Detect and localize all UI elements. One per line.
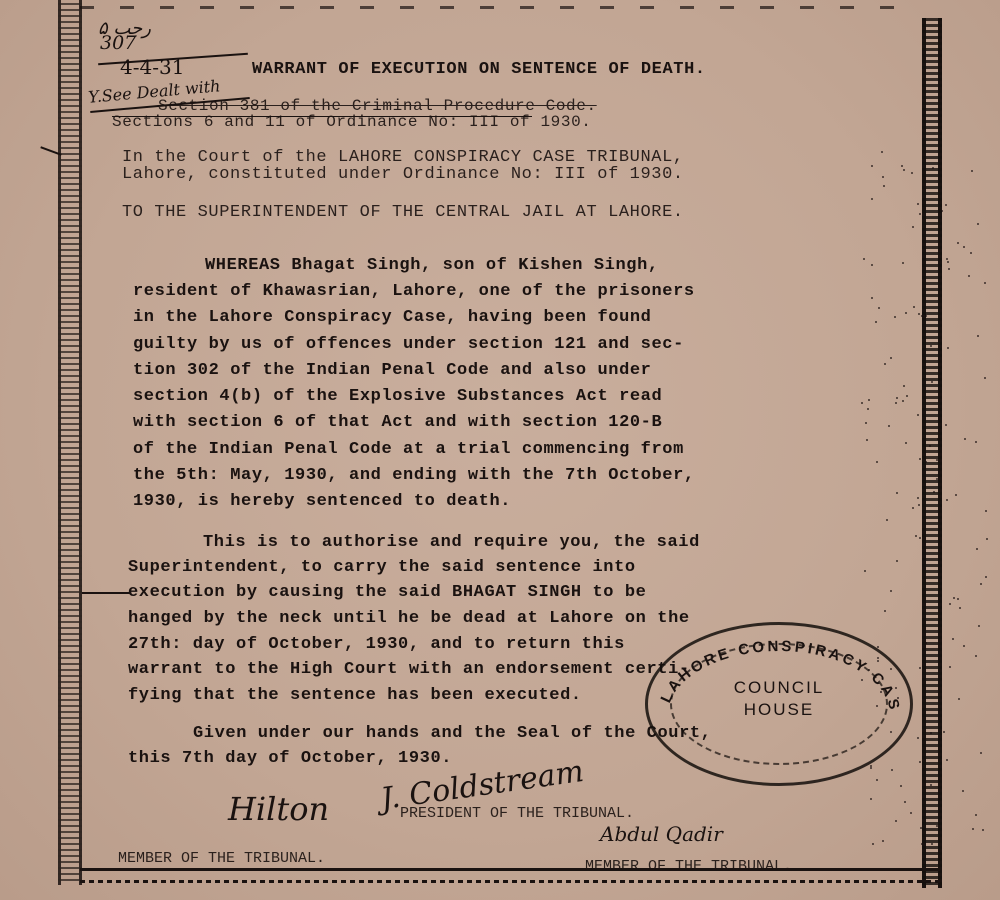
left-border: [58, 0, 82, 885]
paragraph-line: Superintendent, to carry the said senten…: [128, 558, 636, 577]
court-seal: LAHORE CONSPIRACY CASE TRIBUNAL COUNCIL …: [645, 622, 913, 786]
paragraph-line: 27th: day of October, 1930, and to retur…: [128, 635, 625, 654]
paragraph-line: Given under our hands and the Seal of th…: [193, 724, 711, 743]
paragraph-line: the 5th: May, 1930, and ending with the …: [133, 466, 695, 485]
paragraph-line: 1930, is hereby sentenced to death.: [133, 492, 511, 511]
document-title: WARRANT OF EXECUTION ON SENTENCE OF DEAT…: [252, 60, 706, 79]
paragraph-line: execution by causing the said BHAGAT SIN…: [128, 583, 646, 602]
paragraph-line: warrant to the High Court with an endors…: [128, 660, 690, 679]
handwritten-number: 307: [100, 32, 136, 54]
paragraph-line: tion 302 of the Indian Penal Code and al…: [133, 361, 651, 380]
bottom-border: [80, 868, 940, 871]
paragraph-line: this 7th day of October, 1930.: [128, 749, 452, 768]
strike-rule: [112, 116, 532, 117]
paragraph-line: section 4(b) of the Explosive Substances…: [133, 387, 662, 406]
right-border: [922, 18, 942, 888]
warrant-document: ﺭﺟﺐ ۵ 307 4-4-31 Y.See Dealt with WARRAN…: [0, 0, 1000, 900]
addressee-line: TO THE SUPERINTENDENT OF THE CENTRAL JAI…: [122, 203, 684, 222]
paragraph-line: fying that the sentence has been execute…: [128, 686, 582, 705]
paragraph-line: resident of Khawasrian, Lahore, one of t…: [133, 282, 695, 301]
bottom-dotted-border: [80, 880, 940, 883]
signature-member-right: Abdul Qadir: [600, 822, 723, 846]
handwritten-date: 4-4-31: [120, 55, 184, 79]
paragraph-line: in the Lahore Conspiracy Case, having be…: [133, 308, 651, 327]
member-left-label: MEMBER OF THE TRIBUNAL.: [118, 850, 325, 867]
paragraph-line: of the Indian Penal Code at a trial comm…: [133, 440, 684, 459]
paragraph-line: WHEREAS Bhagat Singh, son of Kishen Sing…: [205, 256, 659, 275]
member-right-label: MEMBER OF THE TRIBUNAL.: [585, 858, 792, 875]
paragraph-line: This is to authorise and require you, th…: [203, 533, 700, 552]
signature-member-left: Hilton: [228, 790, 329, 828]
court-line-2: Lahore, constituted under Ordinance No: …: [122, 165, 684, 184]
seal-center-text: COUNCIL HOUSE: [648, 677, 910, 721]
paragraph-line: guilty by us of offences under section 1…: [133, 335, 684, 354]
paragraph-line: with section 6 of that Act and with sect…: [133, 413, 662, 432]
top-border: [80, 6, 920, 9]
margin-line: [82, 592, 130, 594]
president-label: PRESIDENT OF THE TRIBUNAL.: [400, 805, 634, 822]
paragraph-line: hanged by the neck until he be dead at L…: [128, 609, 690, 628]
